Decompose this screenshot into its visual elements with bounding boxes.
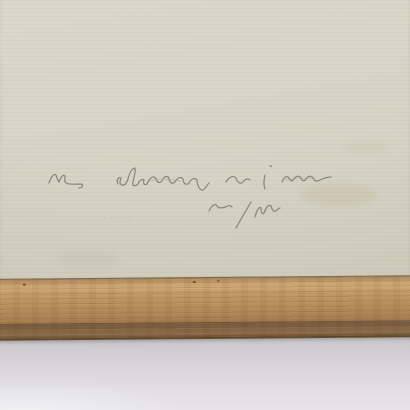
edition-numerator	[209, 205, 232, 211]
wood-frame-bottom-rail	[0, 275, 410, 341]
framed-artwork-photo	[0, 0, 410, 410]
edition-number	[209, 202, 280, 228]
pencil-inscription	[0, 0, 410, 270]
wood-knot-speck	[193, 281, 196, 283]
wood-knot-speck	[23, 284, 26, 286]
edition-denominator	[255, 205, 280, 217]
wood-knot-speck	[217, 280, 220, 282]
signature-i-dot	[270, 166, 272, 167]
signature-letter-i	[264, 175, 265, 189]
signature-monogram	[49, 174, 83, 188]
edition-slash	[236, 202, 251, 228]
faint-pencil-smudges	[104, 178, 315, 218]
wood-grain-texture	[0, 275, 410, 341]
signature-scribble	[49, 166, 331, 190]
ghost-stroke	[150, 179, 180, 181]
signature-word-mid	[226, 177, 250, 184]
artwork-paper	[0, 0, 410, 290]
dotted-smudge-line	[104, 217, 134, 218]
